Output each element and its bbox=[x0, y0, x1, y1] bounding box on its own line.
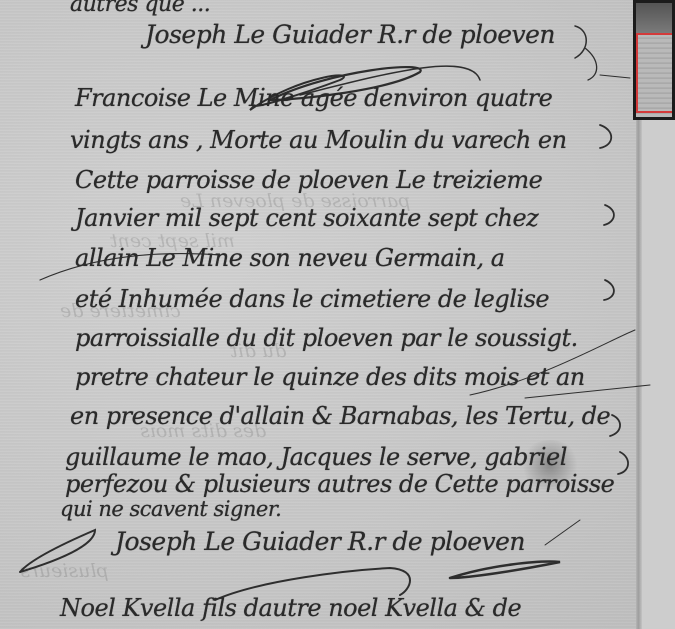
priest-signature: Joseph Le Guiader R.r de ploeven bbox=[115, 527, 525, 556]
manuscript-line: qui ne scavent signer. bbox=[60, 497, 281, 521]
manuscript-line: Janvier mil sept cent soixante sept chez bbox=[75, 204, 538, 232]
manuscript-line: Noel Kvella fils dautre noel Kvella & de bbox=[60, 594, 521, 622]
minimap-thumbnail[interactable] bbox=[636, 3, 672, 117]
manuscript-line: Francoise Le Mine agée denviron quatre bbox=[75, 84, 552, 112]
minimap-page-top bbox=[636, 3, 672, 33]
manuscript-line: perfezou & plusieurs autres de Cette par… bbox=[65, 470, 614, 498]
manuscript-line: pretre chateur le quinze des dits mois e… bbox=[75, 363, 585, 391]
priest-signature: Joseph Le Guiader R.r de ploeven bbox=[145, 20, 555, 49]
manuscript-line: Cette parroisse de ploeven Le treizieme bbox=[75, 166, 542, 194]
manuscript-line: parroissialle du dit ploeven par le sous… bbox=[75, 324, 578, 352]
manuscript-line: vingts ans , Morte au Moulin du varech e… bbox=[70, 126, 567, 154]
manuscript-line: guillaume le mao, Jacques le serve, gabr… bbox=[65, 443, 567, 471]
document-image-viewport[interactable]: parroisse de ploeven Le mil sept cent ci… bbox=[0, 0, 675, 629]
minimap-viewport-rectangle[interactable] bbox=[636, 33, 672, 113]
navigator-minimap[interactable] bbox=[633, 0, 675, 120]
manuscript-line: eté Inhumée dans le cimetiere de leglise bbox=[75, 285, 549, 313]
manuscript-line: autres que ... bbox=[70, 0, 210, 17]
manuscript-line: allain Le Mine son neveu Germain, a bbox=[75, 244, 505, 272]
manuscript-line: en presence d'allain & Barnabas, les Ter… bbox=[70, 402, 610, 430]
